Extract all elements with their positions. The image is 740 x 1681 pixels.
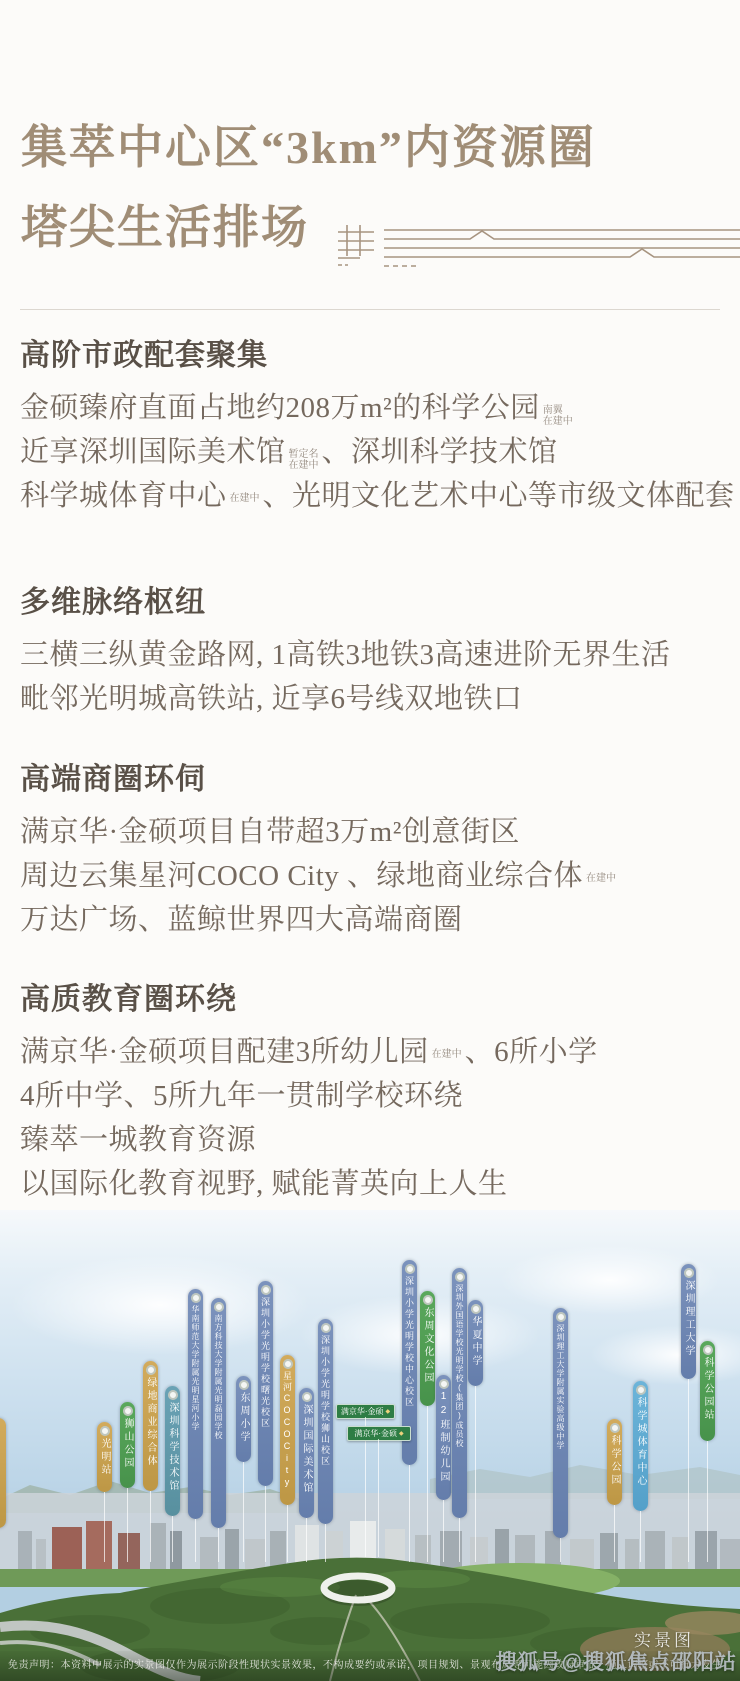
map-sign-pole bbox=[688, 1379, 689, 1562]
map-sign-pole bbox=[325, 1524, 326, 1562]
map-sign-icon bbox=[302, 1392, 312, 1402]
project-sign-pole bbox=[378, 1439, 379, 1557]
map-sign-label: 深圳小学光明学校中心校区 bbox=[403, 1276, 416, 1408]
map-sign-icon bbox=[283, 1359, 293, 1369]
map-sign-pole bbox=[243, 1462, 244, 1562]
map-sign-pole bbox=[195, 1519, 196, 1562]
map-sign bbox=[0, 1418, 6, 1528]
section-line: 周边云集星河COCO City 、绿地商业综合体在建中 bbox=[20, 854, 730, 898]
map-sign-icon bbox=[455, 1272, 465, 1282]
section-line: 臻萃一城教育资源 bbox=[20, 1118, 730, 1162]
map-sign-label: 科学公园 bbox=[607, 1435, 622, 1487]
map-sign-icon bbox=[261, 1285, 271, 1295]
construction-note: 在建中 bbox=[230, 493, 260, 504]
map-sign-label: 深圳科学技术馆 bbox=[165, 1402, 180, 1493]
map-sign-icon bbox=[703, 1345, 713, 1355]
map-sign: 华夏中学 bbox=[468, 1300, 483, 1386]
map-sign-pole bbox=[614, 1505, 615, 1562]
map-sign-pole bbox=[287, 1505, 288, 1562]
map-sign-pole bbox=[104, 1492, 105, 1562]
project-sign: 满京华·金硕◆ bbox=[336, 1404, 395, 1419]
text-run: 满京华·金硕项目自带超3万m²创意街区 bbox=[20, 816, 520, 848]
map-sign-label: 东周小学 bbox=[236, 1392, 251, 1444]
map-sign-label: 深圳小学光明学校曙光校区 bbox=[259, 1297, 272, 1429]
section-line: 4所中学、5所九年一贯制学校环绕 bbox=[20, 1074, 730, 1118]
construction-note: 南翼在建中 bbox=[543, 405, 573, 427]
map-sign-pole bbox=[265, 1486, 266, 1562]
section-title: 高阶市政配套聚集 bbox=[20, 330, 730, 374]
map-sign-label: 科学城体育中心 bbox=[633, 1397, 648, 1488]
text-run: 万达广场、蓝鲸世界四大高端商圈 bbox=[20, 904, 463, 936]
section-title: 高端商圈环伺 bbox=[20, 754, 730, 798]
map-sign-icon bbox=[321, 1323, 331, 1333]
map-sign-icon bbox=[123, 1406, 133, 1416]
text-run: 、深圳科学技术馆 bbox=[322, 436, 558, 468]
map-sign: 12班制幼儿园 bbox=[436, 1375, 451, 1500]
map-sign: 狮山公园 bbox=[120, 1402, 135, 1488]
map-sign-label: 南方科技大学附属光明磊园学校 bbox=[213, 1314, 224, 1440]
section-line: 万达广场、蓝鲸世界四大高端商圈 bbox=[20, 898, 730, 942]
map-sign-label: 华夏中学 bbox=[468, 1316, 483, 1368]
map-sign-icon bbox=[239, 1380, 249, 1390]
section-line: 科学城体育中心在建中、光明文化艺术中心等市级文体配套 bbox=[20, 474, 730, 518]
map-sign-icon bbox=[439, 1379, 449, 1389]
aerial-photo: 光明站狮山公园绿地商业综合体深圳科学技术馆华南师范大学附属光明星河小学南方科技大… bbox=[0, 1210, 740, 1681]
map-sign: 绿地商业综合体 bbox=[143, 1361, 158, 1491]
map-sign-icon bbox=[146, 1365, 156, 1375]
map-sign: 华南师范大学附属光明星河小学 bbox=[188, 1289, 203, 1519]
section-line: 以国际化教育视野, 赋能菁英向上人生 bbox=[20, 1162, 730, 1206]
map-sign: 东周文化公园 bbox=[420, 1291, 435, 1406]
map-sign: 科学公园站 bbox=[700, 1341, 715, 1441]
map-sign: 深圳国际美术馆 bbox=[299, 1388, 314, 1518]
map-sign: 深圳理工大学 bbox=[681, 1264, 696, 1379]
map-sign-label: 华南师范大学附属光明星河小学 bbox=[190, 1305, 201, 1431]
text-run: 、6所小学 bbox=[465, 1036, 598, 1068]
map-sign: 深圳科学技术馆 bbox=[165, 1386, 180, 1516]
map-sign-icon bbox=[610, 1423, 620, 1433]
map-sign-label: 深圳小学光明学校狮山校区 bbox=[319, 1335, 332, 1467]
map-sign-pole bbox=[127, 1488, 128, 1562]
map-sign-icon bbox=[214, 1302, 224, 1312]
text-run: 以国际化教育视野, 赋能菁英向上人生 bbox=[20, 1168, 508, 1200]
construction-note: 暂定名在建中 bbox=[289, 449, 319, 471]
map-sign: 深圳理工大学附属实验高级中学 bbox=[553, 1308, 568, 1538]
map-sign-pole bbox=[475, 1386, 476, 1562]
deco-lines-graphic bbox=[330, 220, 740, 274]
map-sign: 深圳小学光明学校曙光校区 bbox=[258, 1281, 273, 1486]
section-line: 三横三纵黄金路网, 1高铁3地铁3高速进阶无界生活 bbox=[20, 633, 730, 677]
map-sign-label: 深圳国际美术馆 bbox=[299, 1404, 314, 1495]
sohu-watermark: 搜狐号@搜狐焦点邵阳站 bbox=[496, 1646, 737, 1676]
diamond-logo-icon: ◆ bbox=[399, 1430, 404, 1437]
section-title: 高质教育圈环绕 bbox=[20, 974, 730, 1018]
section-line: 满京华·金硕项目自带超3万m²创意街区 bbox=[20, 810, 730, 854]
cloud bbox=[590, 1325, 740, 1385]
text-run: 臻萃一城教育资源 bbox=[20, 1124, 256, 1156]
project-sign: 满京华·金硕◆ bbox=[347, 1426, 411, 1441]
info-section: 多维脉络枢纽三横三纵黄金路网, 1高铁3地铁3高速进阶无界生活毗邻光明城高铁站,… bbox=[20, 577, 730, 721]
construction-note: 在建中 bbox=[586, 873, 616, 884]
flyer-page: 集萃中心区“3km”内资源圈 塔尖生活排场 高阶市政配套聚集金硕臻府直面占地约2… bbox=[0, 0, 740, 1681]
map-sign-pole bbox=[218, 1528, 219, 1562]
diamond-logo-icon: ◆ bbox=[386, 1408, 391, 1415]
text-run: 近享深圳国际美术馆 bbox=[20, 436, 286, 468]
map-sign: 光明站 bbox=[97, 1422, 112, 1492]
map-sign-icon bbox=[191, 1293, 201, 1303]
info-section: 高阶市政配套聚集金硕臻府直面占地约208万m²的科学公园南翼在建中近享深圳国际美… bbox=[20, 330, 730, 518]
map-sign: 南方科技大学附属光明磊园学校 bbox=[211, 1298, 226, 1528]
text-run: 满京华·金硕项目配建3所幼儿园 bbox=[20, 1036, 429, 1068]
headline-line1: 集萃中心区“3km”内资源圈 bbox=[21, 108, 596, 188]
ring-building bbox=[322, 1576, 394, 1606]
map-sign-icon bbox=[636, 1385, 646, 1395]
text-run: 毗邻光明城高铁站, 近享6号线双地铁口 bbox=[20, 683, 523, 715]
project-sign-label: 满京华·金硕 bbox=[341, 1406, 384, 1417]
map-sign: 星河COCOCity bbox=[280, 1355, 295, 1505]
map-sign: 深圳小学光明学校狮山校区 bbox=[318, 1319, 333, 1524]
map-sign-icon bbox=[471, 1304, 481, 1314]
map-sign-label: 深圳理工大学附属实验高级中学 bbox=[555, 1324, 566, 1450]
text-run: 周边云集星河COCO City 、绿地商业综合体 bbox=[20, 860, 583, 892]
map-sign-pole bbox=[459, 1518, 460, 1562]
map-sign-label: 东周文化公园 bbox=[420, 1307, 435, 1385]
map-sign-label: 狮山公园 bbox=[120, 1418, 135, 1470]
map-sign-pole bbox=[707, 1441, 708, 1562]
map-sign-label: 深圳理工大学 bbox=[681, 1280, 696, 1358]
text-run: 4所中学、5所九年一贯制学校环绕 bbox=[20, 1080, 463, 1112]
map-sign-label: 星河COCOCity bbox=[281, 1371, 294, 1489]
map-sign-label: 光明站 bbox=[97, 1438, 112, 1477]
map-sign: 深圳外国语学校光明学校(集团)成员校 bbox=[452, 1268, 467, 1518]
map-sign-pole bbox=[443, 1500, 444, 1562]
map-sign-label: 深圳外国语学校光明学校(集团)成员校 bbox=[454, 1284, 465, 1448]
map-sign-icon bbox=[423, 1295, 433, 1305]
headline-divider bbox=[20, 309, 720, 310]
text-run: 金硕臻府直面占地约208万m²的科学公园 bbox=[20, 392, 540, 424]
section-line: 近享深圳国际美术馆暂定名在建中、深圳科学技术馆 bbox=[20, 430, 730, 474]
map-sign: 科学城体育中心 bbox=[633, 1381, 648, 1511]
text-run: 科学城体育中心 bbox=[20, 480, 227, 512]
map-sign-icon bbox=[100, 1426, 110, 1436]
section-line: 毗邻光明城高铁站, 近享6号线双地铁口 bbox=[20, 677, 730, 721]
map-sign-label: 12班制幼儿园 bbox=[436, 1391, 451, 1484]
map-sign-label: 绿地商业综合体 bbox=[143, 1377, 158, 1468]
map-sign-icon bbox=[684, 1268, 694, 1278]
text-run: 、光明文化艺术中心等市级文体配套 bbox=[263, 480, 735, 512]
map-sign-pole bbox=[409, 1465, 410, 1562]
map-sign-icon bbox=[556, 1312, 566, 1322]
map-sign-pole bbox=[306, 1518, 307, 1562]
text-run: 三横三纵黄金路网, 1高铁3地铁3高速进阶无界生活 bbox=[20, 639, 671, 671]
map-sign: 科学公园 bbox=[607, 1419, 622, 1505]
project-sign-label: 满京华·金硕 bbox=[354, 1428, 397, 1439]
map-sign-pole bbox=[150, 1491, 151, 1562]
section-line: 满京华·金硕项目配建3所幼儿园在建中、6所小学 bbox=[20, 1030, 730, 1074]
info-section: 高端商圈环伺满京华·金硕项目自带超3万m²创意街区周边云集星河COCO City… bbox=[20, 754, 730, 942]
section-title: 多维脉络枢纽 bbox=[20, 577, 730, 621]
map-sign-pole bbox=[560, 1538, 561, 1562]
map-sign-icon bbox=[168, 1390, 178, 1400]
map-sign-pole bbox=[427, 1406, 428, 1562]
map-sign: 东周小学 bbox=[236, 1376, 251, 1462]
info-section: 高质教育圈环绕满京华·金硕项目配建3所幼儿园在建中、6所小学4所中学、5所九年一… bbox=[20, 974, 730, 1206]
map-sign-pole bbox=[172, 1516, 173, 1562]
construction-note: 在建中 bbox=[432, 1049, 462, 1060]
map-sign-label: 科学公园站 bbox=[700, 1357, 715, 1422]
map-sign-pole bbox=[640, 1511, 641, 1562]
section-line: 金硕臻府直面占地约208万m²的科学公园南翼在建中 bbox=[20, 386, 730, 430]
map-sign-icon bbox=[405, 1264, 415, 1274]
